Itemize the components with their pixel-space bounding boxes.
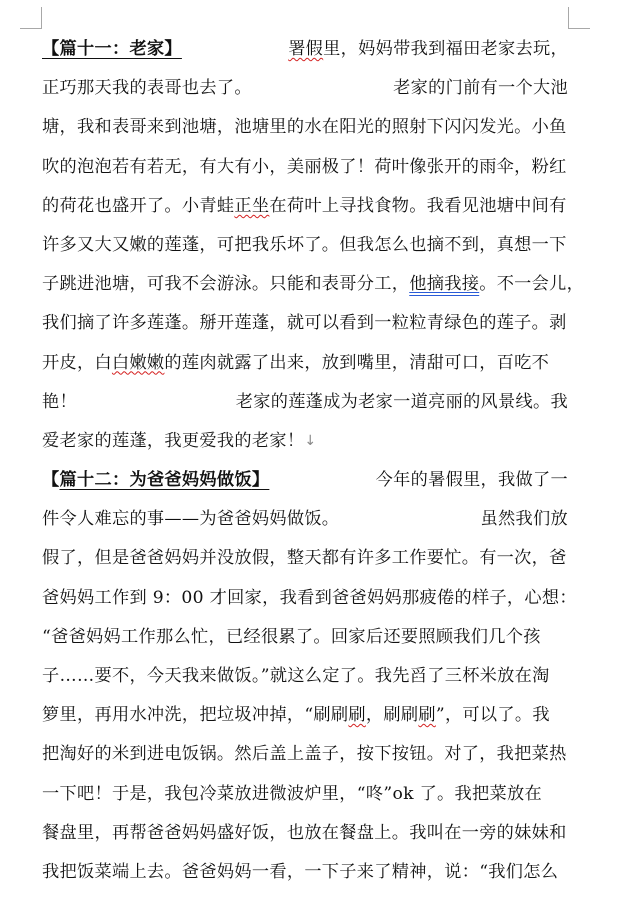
text-line: 我们摘了许多莲蓬。掰开莲蓬，就可以看到一粒粒青绿色的莲子。剥 (42, 304, 568, 343)
text-line: 塘，我和表哥来到池塘，池塘里的水在阳光的照射下闪闪发光。小鱼 (42, 108, 568, 147)
paragraph-mark-icon: ↓ (304, 422, 316, 461)
text-line: 开皮，白白嫩嫩的莲肉就露了出来，放到嘴里，清甜可口，百吃不 (42, 344, 568, 383)
text-line: 正巧那天我的表哥也去了。 老家的门前有一个大池 (42, 69, 568, 108)
text-line: 箩里，再用水冲洗，把垃圾冲掉，“刷刷刷，刷刷刷”，可以了。我 (42, 696, 568, 735)
text-line: 的荷花也盛开了。小青蛙正坐在荷叶上寻找食物。我看见池塘中间有 (42, 187, 568, 226)
document-page[interactable]: 【篇十一：老家】 署假里，妈妈带我到福田老家去玩， 正巧那天我的表哥也去了。 老… (42, 30, 568, 892)
spelling-error-mark[interactable]: 正坐 (234, 187, 269, 226)
spelling-error-mark[interactable]: 刷 (418, 696, 436, 735)
text-line: 把淘好的米到进电饭锅。然后盖上盖子，按下按钮。对了，我把菜热 (42, 735, 568, 774)
grammar-mark[interactable]: 他摘我接 (409, 265, 479, 304)
text-line: 爸妈妈工作到 9：00 才回家，我看到爸爸妈妈那疲倦的样子，心想： (42, 579, 568, 618)
text-line: 子跳进池塘，可我不会游泳。只能和表哥分工，他摘我接。不一会儿， (42, 265, 568, 304)
text-line: “爸爸妈妈工作那么忙，已经很累了。回家后还要照顾我们几个孩 (42, 618, 568, 657)
text-line: 【篇十一：老家】 署假里，妈妈带我到福田老家去玩， (42, 30, 568, 69)
text-line: 子……要不，今天我来做饭。”就这么定了。我先舀了三杯米放在淘 (42, 657, 568, 696)
text-line: 【篇十二：为爸爸妈妈做饭】 今年的暑假里，我做了一 (42, 461, 568, 500)
text-line: 件令人难忘的事——为爸爸妈妈做饭。 虽然我们放 (42, 500, 568, 539)
page-corner-mark-right (568, 7, 590, 29)
text-run: 署假里，妈妈带我到福田老家去玩， (288, 30, 568, 69)
section-heading-12: 【篇十二：为爸爸妈妈做饭】 (42, 461, 269, 500)
text-line: 爱老家的莲蓬，我更爱我的老家！↓ (42, 422, 568, 461)
text-line: 许多又大又嫩的莲蓬，可把我乐坏了。但我怎么也摘不到，真想一下 (42, 226, 568, 265)
text-line: 吹的泡泡若有若无，有大有小，美丽极了！荷叶像张开的雨伞，粉红 (42, 148, 568, 187)
page-corner-mark-left (20, 7, 42, 29)
text-line: 假了，但是爸爸妈妈并没放假，整天都有许多工作要忙。有一次，爸 (42, 539, 568, 578)
spelling-error-mark[interactable]: 白嫩嫩 (112, 344, 164, 383)
text-line: 我把饭菜端上去。爸爸妈妈一看，一下子来了精神，说：“我们怎么 (42, 853, 568, 892)
spelling-error-mark[interactable]: 刷 (348, 696, 366, 735)
text-line: 艳！ 老家的莲蓬成为老家一道亮丽的风景线。我 (42, 383, 568, 422)
section-heading-11: 【篇十一：老家】 (42, 30, 182, 69)
text-line: 一下吧！于是，我包冷菜放进微波炉里，“咚”ok 了。我把菜放在 (42, 775, 568, 814)
text-line: 餐盘里，再帮爸爸妈妈盛好饭，也放在餐盘上。我叫在一旁的妹妹和 (42, 814, 568, 853)
spelling-error-mark[interactable]: 署假 (288, 39, 323, 59)
